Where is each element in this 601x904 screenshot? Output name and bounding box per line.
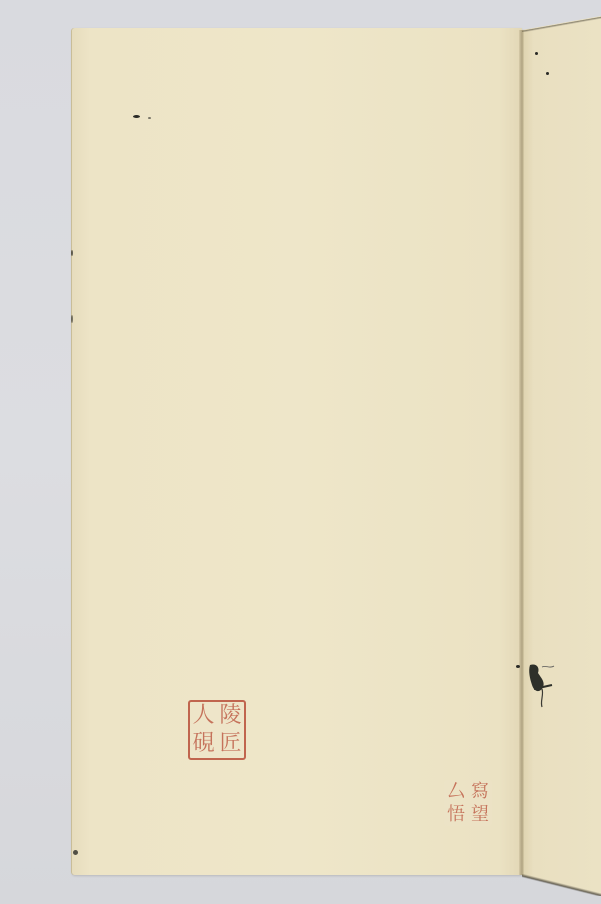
right-page — [522, 16, 601, 896]
seal-stamp-lower-right: 厶 寫 悟 望 — [444, 780, 492, 826]
seal-character: 悟 — [447, 806, 465, 824]
right-page-bottom-edge — [522, 874, 601, 896]
ink-speck — [148, 117, 151, 119]
right-page-top-edge — [522, 16, 601, 32]
seal-character: 陵 — [219, 705, 241, 727]
ink-blot — [528, 663, 558, 713]
seal-character: 人 — [192, 705, 214, 727]
seal-character: 寫 — [471, 783, 489, 801]
ink-speck — [133, 115, 140, 118]
ink-speck — [546, 72, 549, 75]
ink-speck — [73, 850, 78, 855]
ink-speck — [71, 315, 73, 323]
seal-character: 厶 — [447, 783, 465, 801]
seal-stamp-lower-left: 人 陵 硯 匠 — [188, 700, 246, 760]
left-page — [72, 28, 522, 875]
ink-speck — [535, 52, 538, 55]
seal-character: 硯 — [192, 733, 214, 755]
ink-speck — [516, 665, 520, 668]
seal-character: 匠 — [219, 733, 241, 755]
book-gutter — [519, 30, 524, 875]
seal-character: 望 — [471, 806, 489, 824]
ink-speck — [71, 250, 73, 256]
